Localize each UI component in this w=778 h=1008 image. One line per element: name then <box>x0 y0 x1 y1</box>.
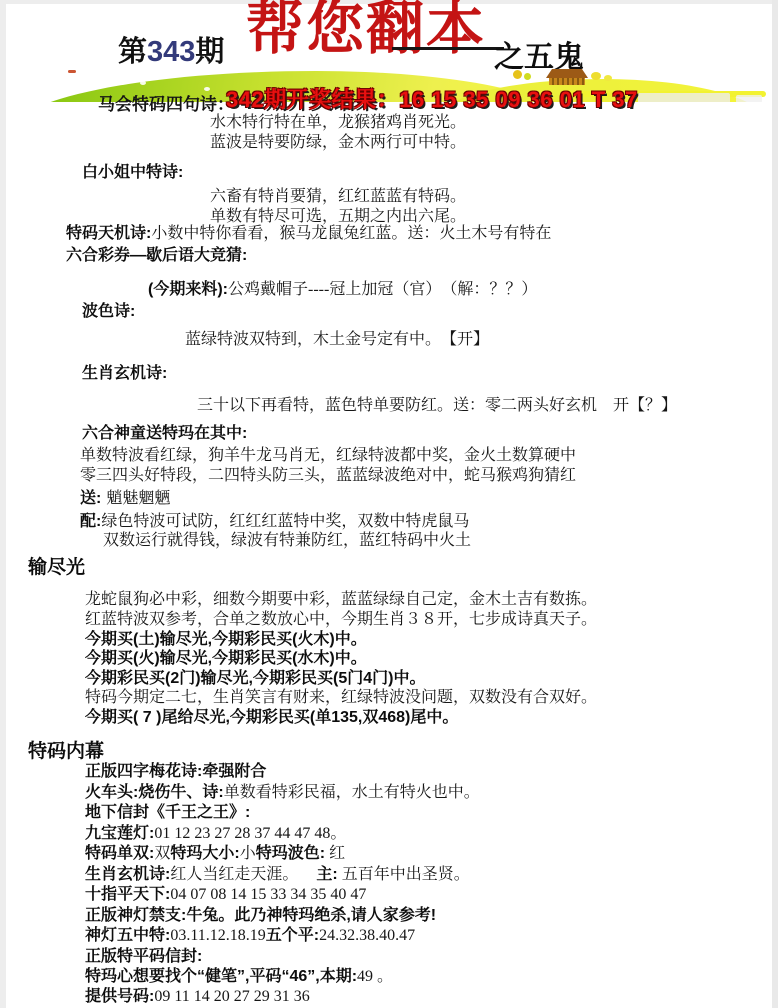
wugeping-label: 五个平: <box>266 927 319 944</box>
neimu-jiubao-line: 九宝莲灯:01 12 23 27 28 37 44 47 48。 <box>85 824 346 844</box>
neimu-shizhi-line: 十指平天下:04 07 08 14 15 33 34 35 40 47 <box>85 885 366 905</box>
neimu-tigong-line: 提供号码:09 11 14 20 27 29 31 36 <box>85 987 310 1007</box>
tigong-numbers: 09 11 14 20 27 29 31 36 <box>154 988 309 1005</box>
pei-text: 绿色特波可试防，红红红蓝特中奖，双数中特虎鼠马 <box>101 513 469 530</box>
song-label: 送: <box>80 490 101 507</box>
shizhi-numbers: 04 07 08 14 15 33 34 35 40 47 <box>170 886 366 903</box>
song-text: 魈魅魍魉 <box>106 490 170 507</box>
tianji-text: 小数中特你看看，猴马龙鼠兔红蓝。送：火土木号有特在 <box>151 225 551 242</box>
shi-text: 单数看特彩民福，水土有特火也中。 <box>224 784 480 801</box>
texin-text: 特玛心想要找个“健笔”,平码“46”,本期: <box>85 968 357 985</box>
bose-value: 红 <box>325 845 345 862</box>
mahui-poem-label: 马会特码四句诗： <box>98 90 234 115</box>
shujinguang-line3: 今期买(土)输尽光,今期彩民买(火木)中。 <box>85 630 367 650</box>
jinzhi-label: 正版神灯禁支: <box>85 907 186 924</box>
bose-line: 蓝绿特波双特到，木土金号定有中。 【开】 <box>185 330 489 350</box>
shujinguang-line6: 特码今期定二七，生肖笑言有财来，红绿特波没问题，双数没有合双好。 <box>85 688 597 708</box>
neimu-heading: 特码内幕 <box>28 736 104 763</box>
jiubao-numbers: 01 12 23 27 28 37 44 47 48。 <box>154 825 346 842</box>
shi-label: 诗: <box>202 784 223 801</box>
shengxiao-heading: 生肖玄机诗: <box>82 364 167 384</box>
banner-bush <box>604 75 612 81</box>
title-brush-stroke <box>392 47 504 50</box>
banner-bush <box>591 72 601 80</box>
shentong-line2: 零三四头好特段，二四特头防三头，蓝蓝绿波绝对中，蛇马猴鸡狗猜红 <box>80 466 576 486</box>
shentong-heading: 六合神童送特玛在其中: <box>82 424 247 444</box>
bose-label: 特玛波色: <box>256 845 325 862</box>
shujinguang-line4: 今期买(火)输尽光,今期彩民买(水木)中。 <box>85 649 367 669</box>
shentong-song-line: 送:魈魅魍魉 <box>80 489 170 509</box>
huoche-label: 火车头: <box>85 784 138 801</box>
daxiao-value: 小 <box>240 845 256 862</box>
jiubao-label: 九宝莲灯: <box>85 825 154 842</box>
banner-bush <box>513 70 522 79</box>
xuanji-label: 生肖玄机诗: <box>85 866 170 883</box>
neimu-meihua-line: 正版四字梅花诗:牵强附合 <box>85 762 266 782</box>
texin-value: 49 。 <box>357 968 393 985</box>
page-title: 帮您翻本 <box>246 0 486 62</box>
pei-label: 配: <box>80 513 101 530</box>
banner-dot <box>90 75 95 79</box>
banner-watermark <box>638 93 730 102</box>
xuanji-text: 红人当红走天涯。 <box>170 866 298 883</box>
page-edge-right <box>772 0 778 1008</box>
page-edge-left <box>0 0 6 1008</box>
meihua-text: 牵强附合 <box>202 763 266 780</box>
neimu-jinzhi-line: 正版神灯禁支:牛兔。此乃神特玛绝杀,请人家参考! <box>85 906 436 926</box>
shujinguang-line7: 今期买( 7 )尾给尽光,今期彩民买(单135,双468)尾中。 <box>85 708 458 728</box>
wuzhong-label: 神灯五中特: <box>85 927 170 944</box>
lottery-tip-sheet-page: 第343期 帮您翻本 之五鬼 马会特码四句诗： 342期开奖结果：16 15 3… <box>0 0 778 1008</box>
banner-flower-mark <box>68 70 76 73</box>
shujinguang-heading: 输尽光 <box>28 552 85 579</box>
laoliao-line: (今期来料):公鸡戴帽子----冠上加冠（官） （解：？？） <box>148 280 537 300</box>
banner-bush <box>524 73 531 80</box>
shujinguang-line1: 龙蛇鼠狗必中彩，细数今期要中彩，蓝蓝绿绿自己定，金木土吉有数拣。 <box>85 590 597 610</box>
tianji-label: 特码天机诗: <box>66 225 151 242</box>
jinzhi-text: 牛兔。此乃神特玛绝杀,请人家参考! <box>186 907 436 924</box>
shentong-line1: 单数特波看红绿，狗羊牛龙马肖无，红绿特波都中奖，金火土数算硬中 <box>80 446 576 466</box>
shujinguang-line5: 今期彩民买(2门)输尽光,今期彩民买(5门4门)中。 <box>85 669 425 689</box>
laoliao-label: (今期来料): <box>148 281 228 298</box>
shujinguang-line2: 红蓝特波双参考，合单之数放心中，今期生肖３８开，七步成诗真天子。 <box>85 610 597 630</box>
bose-heading: 波色诗: <box>82 302 135 322</box>
danshuang-value: 双 <box>154 845 170 862</box>
mahui-poem-line2: 蓝波是特要防绿，金木两行可中特。 <box>210 133 466 153</box>
neimu-texin-line: 特玛心想要找个“健笔”,平码“46”,本期:49 。 <box>85 967 393 987</box>
shizhi-label: 十指平天下: <box>85 886 170 903</box>
previous-draw-result: 342期开奖结果：16 15 35 09 36 01 T 37 <box>226 83 638 114</box>
neimu-dixia-heading: 地下信封《千王之王》: <box>85 803 250 823</box>
zhu-label: 主: <box>316 866 337 883</box>
banner-watermark <box>736 95 762 102</box>
shengxiao-line: 三十以下再看特，蓝色特单要防红。送：零二两头好玄机 开【？】 <box>197 396 677 416</box>
wuzhong-numbers: 03.11.12.18.19 <box>170 927 265 944</box>
xiehouyu-heading: 六合彩券—歇后语大竞猜: <box>66 246 247 266</box>
meihua-label: 正版四字梅花诗: <box>85 763 202 780</box>
wugeping-numbers: 24.32.38.40.47 <box>319 927 415 944</box>
daxiao-label: 特玛大小: <box>170 845 239 862</box>
shentong-pei-line: 配:绿色特波可试防，红红红蓝特中奖，双数中特虎鼠马 <box>80 512 469 532</box>
zhu-text: 五百年中出圣贤。 <box>338 866 470 883</box>
neimu-pingma-heading: 正版特平码信封: <box>85 947 202 967</box>
mahui-poem-line1: 水木特行特在单，龙猴猪鸡肖死光。 <box>210 113 466 133</box>
tianji-line: 特码天机诗:小数中特你看看，猴马龙鼠兔红蓝。送：火土木号有特在 <box>66 224 551 244</box>
tigong-label: 提供号码: <box>85 988 154 1005</box>
neimu-xuanji-line: 生肖玄机诗:红人当红走天涯。主: 五百年中出圣贤。 <box>85 865 470 885</box>
neimu-huoche-line: 火车头:烧伤牛、诗:单数看特彩民福，水土有特火也中。 <box>85 783 480 803</box>
baixiaojie-heading: 白小姐中特诗: <box>82 163 183 183</box>
neimu-danshuang-line: 特码单双:双特玛大小:小特玛波色: 红 <box>85 844 345 864</box>
huoche-value: 烧伤牛、 <box>138 784 202 801</box>
banner-dot <box>140 81 146 85</box>
baixiaojie-line1: 六畜有特肖要猜，红红蓝蓝有特码。 <box>210 187 466 207</box>
banner-house-roof <box>546 69 588 78</box>
laoliao-text: 公鸡戴帽子----冠上加冠（官） （解：？？） <box>228 281 537 298</box>
danshuang-label: 特码单双: <box>85 845 154 862</box>
neimu-wuzhong-line: 神灯五中特:03.11.12.18.19五个平:24.32.38.40.47 <box>85 926 415 946</box>
shentong-pei-line2: 双数运行就得钱，绿波有特兼防红，蓝红特码中火土 <box>103 531 471 551</box>
